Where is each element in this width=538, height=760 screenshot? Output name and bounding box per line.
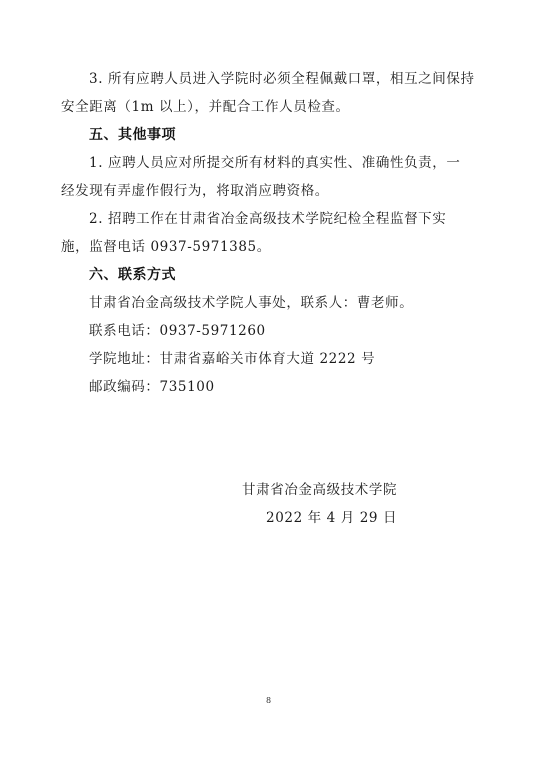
paragraph-5-2-line-1: 2. 招聘工作在甘肃省冶金高级技术学院纪检全程监督下实 — [89, 209, 446, 229]
signature-org: 甘肃省冶金高级技术学院 — [242, 480, 397, 500]
paragraph-3-line-1: 3. 所有应聘人员进入学院时必须全程佩戴口罩，相互之间保持 — [89, 69, 475, 89]
contact-postcode: 邮政编码：735100 — [89, 377, 215, 397]
paragraph-5-1-line-1: 1. 应聘人员应对所提交所有材料的真实性、准确性负责，一 — [89, 153, 460, 173]
paragraph-3-line-2: 安全距离（1m 以上），并配合工作人员检查。 — [61, 97, 350, 117]
section-heading-contact: 六、联系方式 — [89, 265, 176, 285]
contact-address: 学院地址：甘肃省嘉峪关市体育大道 2222 号 — [89, 349, 375, 369]
page-number: 8 — [266, 696, 271, 705]
section-heading-other: 五、其他事项 — [89, 125, 176, 145]
signature-date: 2022 年 4 月 29 日 — [266, 508, 397, 528]
paragraph-5-2-line-2: 施，监督电话 0937-5971385。 — [61, 237, 271, 257]
paragraph-5-1-line-2: 经发现有弄虚作假行为，将取消应聘资格。 — [61, 181, 329, 201]
contact-office: 甘肃省冶金高级技术学院人事处，联系人：曹老师。 — [89, 293, 413, 313]
contact-phone: 联系电话：0937-5971260 — [89, 321, 266, 341]
